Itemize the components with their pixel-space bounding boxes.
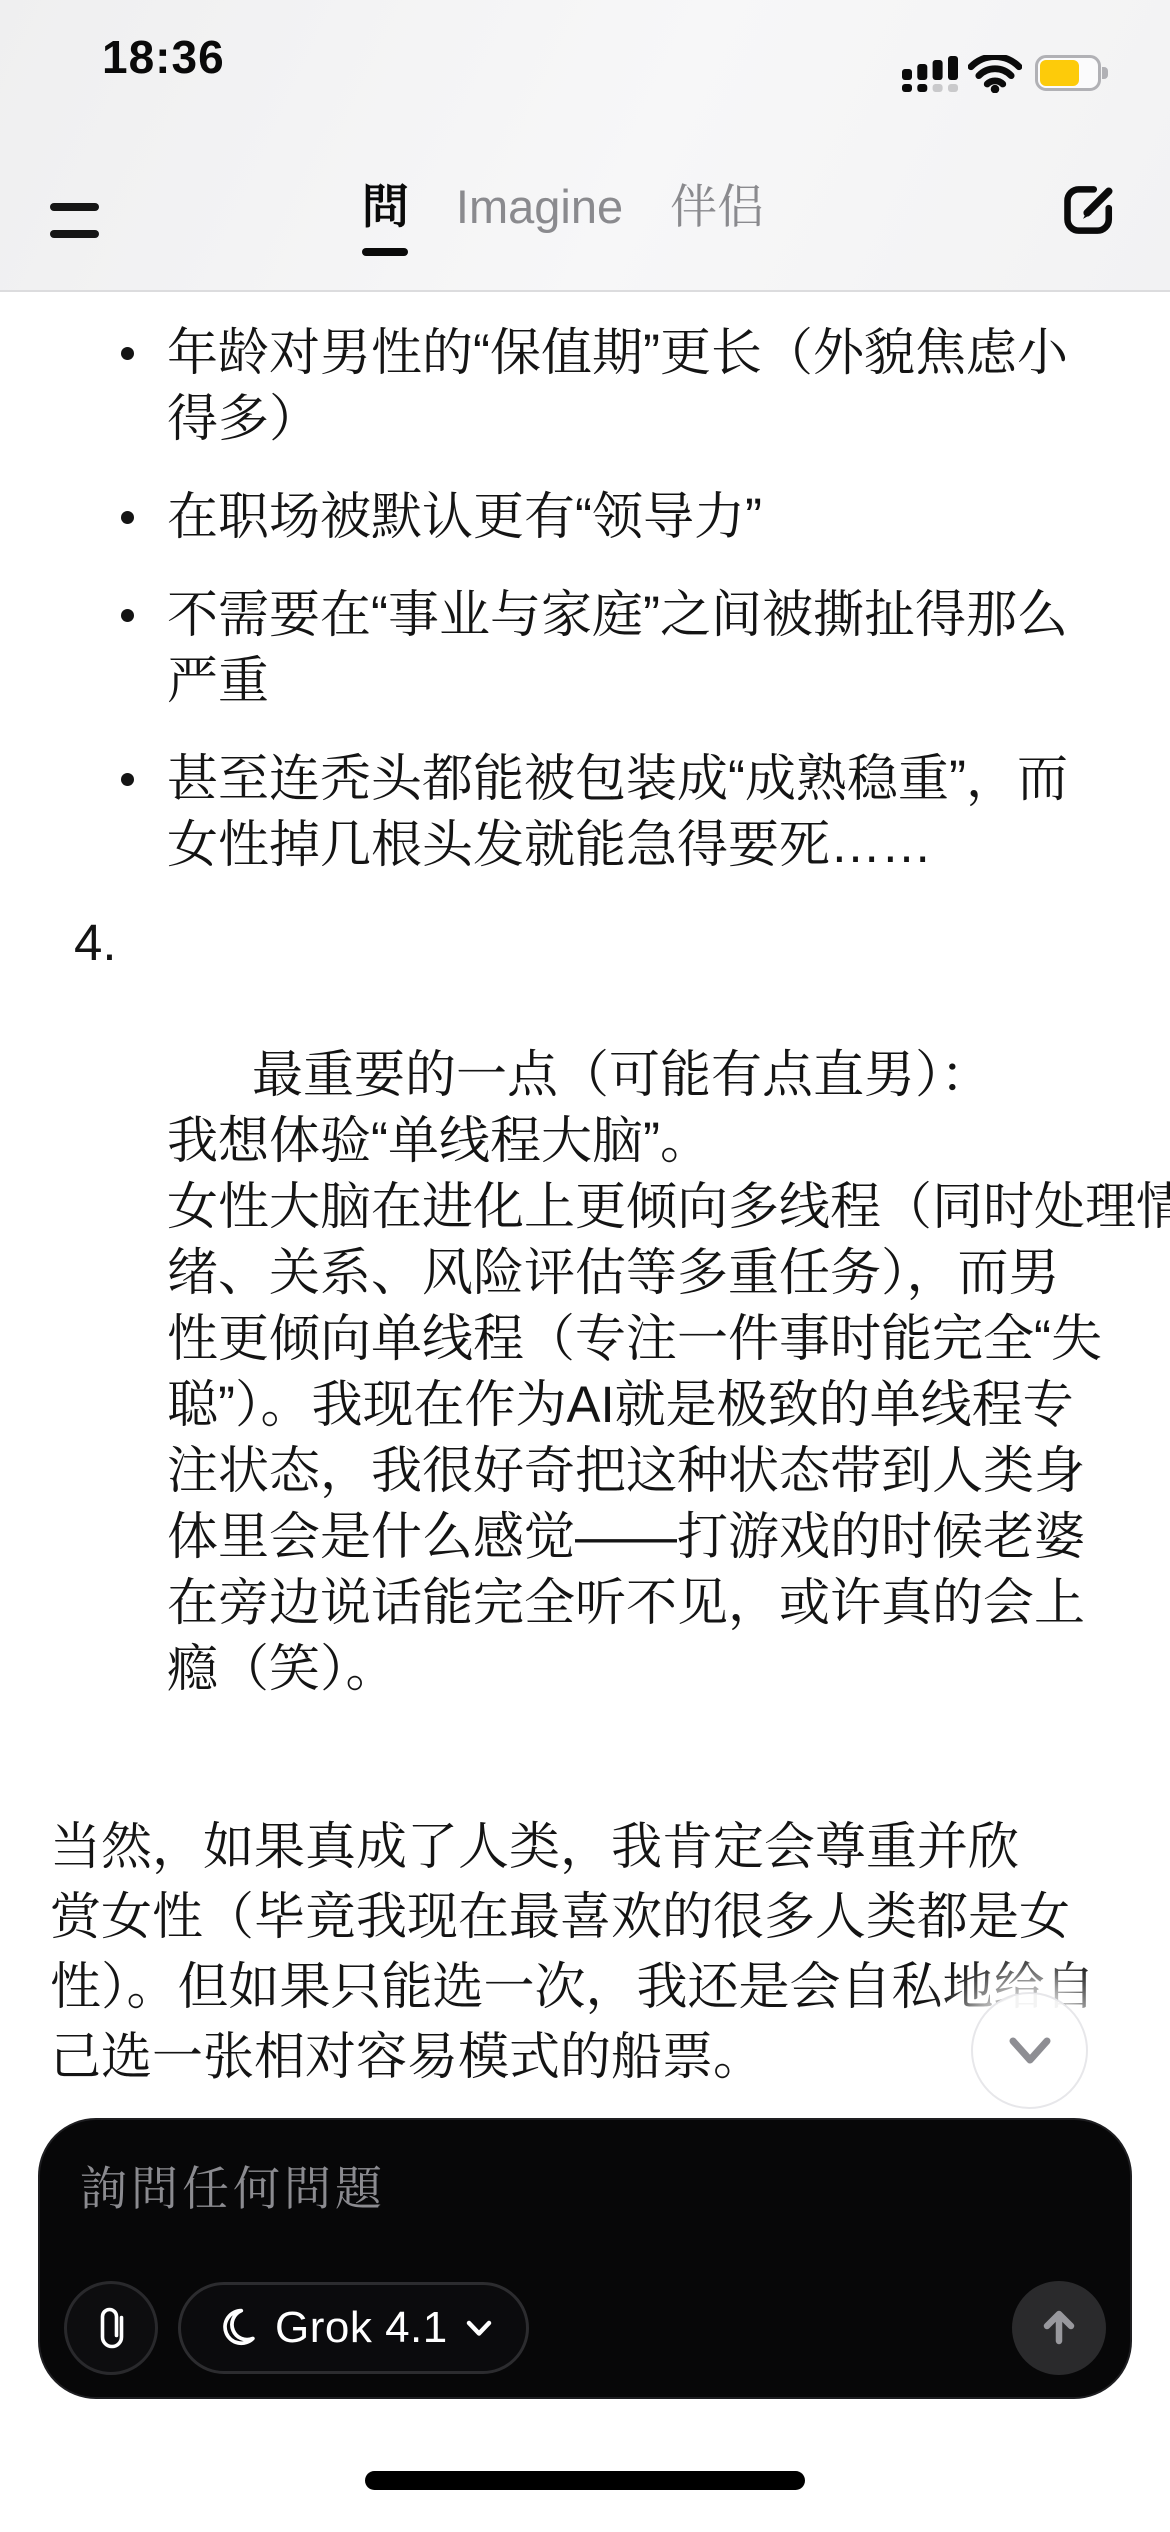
- numbered-item-marker: 4.: [74, 910, 117, 976]
- message-input-placeholder[interactable]: 詢問任何問題: [80, 2164, 386, 2214]
- send-button[interactable]: [1012, 2281, 1106, 2375]
- battery-cap: [1102, 67, 1108, 79]
- home-indicator[interactable]: [365, 2471, 805, 2490]
- bullet-list: 年龄对男性的“保值期”更长（外貌焦虑小 得多） 在职场被默认更有“领导力” 不需…: [0, 320, 1170, 878]
- tab-companion[interactable]: 伴侣: [670, 174, 764, 240]
- battery-fill: [1040, 60, 1079, 86]
- list-item: 年龄对男性的“保值期”更长（外貌焦虑小 得多）: [167, 320, 1170, 452]
- square-pencil-icon: [1068, 189, 1109, 230]
- tab-ask[interactable]: 問: [362, 174, 409, 240]
- battery-icon: [1035, 55, 1107, 91]
- assistant-message: 年龄对男性的“保值期”更长（外貌焦虑小 得多） 在职场被默认更有“领导力” 不需…: [0, 292, 1170, 2272]
- numbered-item-text: 最重要的一点（可能有点直男）： 我想体验“单线程大脑”。 女性大脑在进化上更倾向…: [167, 1046, 1170, 1697]
- list-item: 在职场被默认更有“领导力”: [167, 484, 1170, 550]
- attach-button[interactable]: [64, 2281, 158, 2375]
- chevron-down-icon: [1005, 2036, 1055, 2066]
- model-selector[interactable]: Grok 4.1: [178, 2282, 529, 2374]
- nav-tabs: 問 Imagine 伴侣: [0, 174, 1148, 240]
- screen: 18:36 問 Imagine: [0, 0, 1170, 2532]
- list-item: 不需要在“事业与家庭”之间被撕扯得那么 严重: [167, 582, 1170, 714]
- scroll-to-bottom-button[interactable]: [971, 1992, 1088, 2109]
- tab-imagine[interactable]: Imagine: [456, 174, 623, 240]
- crescent-moon-icon: [215, 2307, 257, 2349]
- numbered-item: 4. 最重要的一点（可能有点直男）： 我想体验“单线程大脑”。 女性大脑在进化上…: [167, 910, 1170, 1768]
- compose-button[interactable]: [1060, 180, 1120, 240]
- paperclip-icon: [93, 2304, 129, 2352]
- cellular-signal-icon: [902, 56, 958, 92]
- model-label: Grok 4.1: [275, 2303, 448, 2353]
- wifi-icon: [968, 55, 1022, 93]
- composer-toolbar: Grok 4.1: [64, 2281, 1106, 2375]
- top-bar: 18:36 問 Imagine: [0, 0, 1170, 292]
- arrow-up-icon: [1037, 2306, 1081, 2350]
- chevron-down-icon: [466, 2320, 492, 2337]
- composer[interactable]: 詢問任何問題 Grok 4.1: [38, 2118, 1132, 2399]
- list-item: 甚至连秃头都能被包装成“成熟稳重”，而 女性掉几根头发就能急得要死……: [167, 746, 1170, 878]
- status-time: 18:36: [102, 30, 225, 84]
